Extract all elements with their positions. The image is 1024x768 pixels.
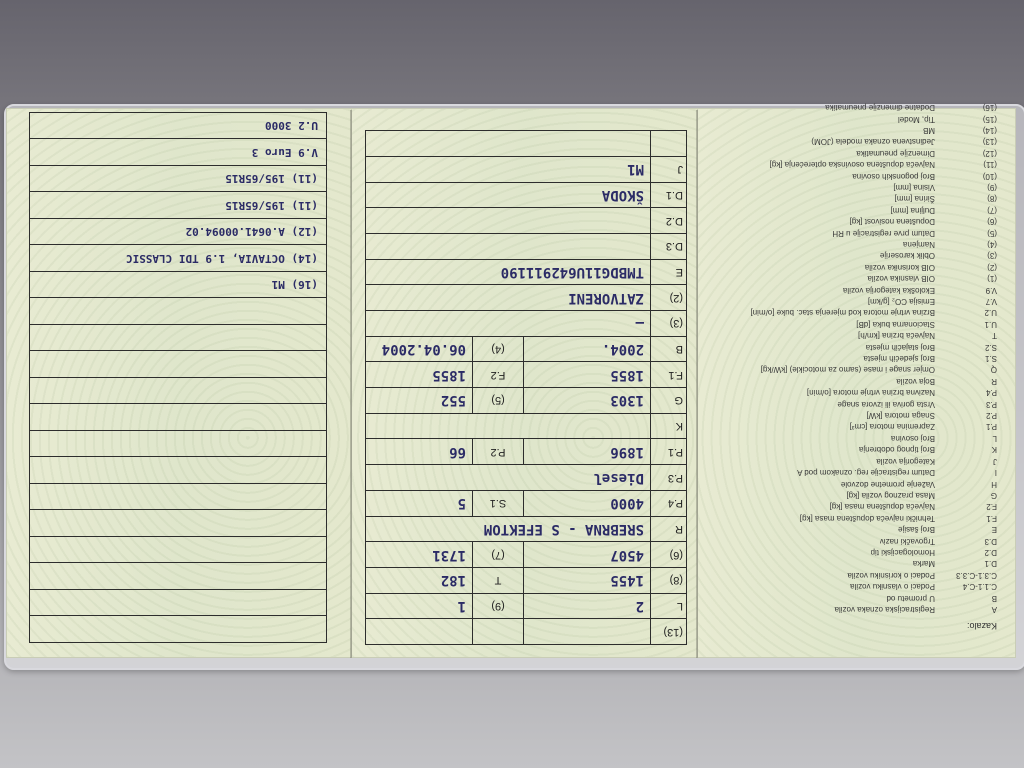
field-value: Diesel <box>366 465 650 490</box>
legend-code: A <box>935 604 997 615</box>
grid-row: JM1 <box>366 156 686 182</box>
legend-label: Duljina [mm] <box>891 204 935 215</box>
ruled-row <box>30 351 326 378</box>
legend-code: (4) <box>935 239 997 250</box>
field-code: G <box>650 388 686 413</box>
field-value <box>524 619 650 644</box>
field-code: F.1 <box>650 362 686 387</box>
legend-code: (14) <box>935 125 997 136</box>
legend-code: (10) <box>935 170 997 181</box>
legend-code: Q <box>935 364 997 375</box>
legend-item: LBroj osovina <box>707 433 997 444</box>
field-code: P.3 <box>650 465 686 490</box>
legend-label: Datum registracije reg. oznakom pod A <box>797 467 935 478</box>
legend-item: P.3Vrsta goriva ili izvora snage <box>707 398 997 409</box>
ruled-row: (14) OCTAVIA, 1.9 TDI CLASSIC <box>30 245 326 272</box>
legend-code: J <box>935 455 997 466</box>
grid-row: L2(9)1 <box>366 593 686 619</box>
field-code: E <box>650 260 686 285</box>
field-value: M1 <box>366 157 650 182</box>
ruled-row <box>30 563 326 590</box>
data-grid-panel: (13)L2(9)1(8)1455T182(6)4507(7)1731RSREB… <box>350 108 698 658</box>
subfield-value: 182 <box>366 568 472 593</box>
field-value <box>366 414 650 439</box>
ruled-row: V.9 Euro 3 <box>30 139 326 166</box>
legend-code: P.1 <box>935 421 997 432</box>
legend-title: Kazalo: <box>967 621 997 631</box>
legend-label: Emisija CO₂ [g/km] <box>868 296 935 307</box>
field-code: D.2 <box>650 208 686 233</box>
subfield-value: 66 <box>366 440 472 465</box>
legend-label: Kategorija vozila <box>876 455 935 466</box>
legend-label: Važenje prometne dozvole <box>841 478 935 489</box>
legend-item: (7)Duljina [mm] <box>707 204 997 215</box>
legend-label: Broj sjedećih mjesta <box>863 353 935 364</box>
ruled-row: (11) 195/65R15 <box>30 165 326 192</box>
grid-row: P.44000S.15 <box>366 490 686 516</box>
legend-code: D.2 <box>935 547 997 558</box>
grid-row: D.2 <box>366 207 686 233</box>
legend-item: (6)Dopuštena nosivost [kg] <box>707 216 997 227</box>
ruled-row <box>30 324 326 351</box>
legend-label: Nazivna brzina vrtnje motora [o/min] <box>807 387 935 398</box>
legend-label: Stacionarna buka [dB] <box>856 318 935 329</box>
legend-label: Trgovački naziv <box>880 535 935 546</box>
legend-code: P.2 <box>935 410 997 421</box>
legend-label: Namjena <box>903 239 935 250</box>
grid-row <box>366 130 686 156</box>
data-grid: (13)L2(9)1(8)1455T182(6)4507(7)1731RSREB… <box>365 130 687 645</box>
subfield-value: 552 <box>366 388 472 413</box>
legend-code: G <box>935 490 997 501</box>
legend-item: (4)Namjena <box>707 239 997 250</box>
legend-item: EBroj šasije <box>707 524 997 535</box>
field-value: 2 <box>524 594 650 619</box>
registration-document: Kazalo: ARegistracijska oznaka vozilaBU … <box>8 110 1016 658</box>
legend-label: Zapremina motora [cm³] <box>850 421 935 432</box>
field-value: SREBRNA - S EFEKTOM <box>366 517 650 542</box>
subfield-code: (9) <box>472 594 524 619</box>
legend-item: IDatum registracije reg. oznakom pod A <box>707 467 997 478</box>
field-value <box>366 131 650 156</box>
legend-item: P.1Zapremina motora [cm³] <box>707 421 997 432</box>
legend-code: (7) <box>935 204 997 215</box>
subfield-code: T <box>472 568 524 593</box>
subfield-code <box>472 619 524 644</box>
grid-row: K <box>366 413 686 439</box>
legend-code: S.2 <box>935 341 997 352</box>
field-code <box>650 131 686 156</box>
legend-item: BU prometu od <box>707 592 997 603</box>
legend-label: Boja vozila <box>896 375 935 386</box>
field-code: D.3 <box>650 234 686 259</box>
subfield-value: 5 <box>366 491 472 516</box>
subfield-value <box>366 619 472 644</box>
field-value: ZATVORENI <box>366 285 650 310</box>
legend-item: (3)Oblik karoserije <box>707 250 997 261</box>
legend-code: V.9 <box>935 284 997 295</box>
legend-item: C.3.1-C.3.3Podaci o korisniku vozila <box>707 569 997 580</box>
field-value: 1455 <box>524 568 650 593</box>
legend-label: Marka <box>913 558 935 569</box>
legend-label: Tip, Model <box>898 113 935 124</box>
legend-label: OIB vlasnika vozila <box>867 273 935 284</box>
legend-code: (1) <box>935 273 997 284</box>
legend-label: Brzina vrtnje motora kod mjerenja stac. … <box>750 307 935 318</box>
field-code: B <box>650 337 686 362</box>
field-code: K <box>650 414 686 439</box>
field-value: 2004. <box>524 337 650 362</box>
grid-row: (8)1455T182 <box>366 567 686 593</box>
legend-item: V.7Emisija CO₂ [g/km] <box>707 296 997 307</box>
subfield-value: 1 <box>366 594 472 619</box>
legend-label: Homologacijski tip <box>871 547 935 558</box>
legend-label: Podaci o vlasniku vozila <box>850 581 935 592</box>
legend-code: (13) <box>935 136 997 147</box>
legend-list: ARegistracijska oznaka vozilaBU prometu … <box>707 102 997 615</box>
fold-line <box>696 110 698 658</box>
subfield-code: (5) <box>472 388 524 413</box>
legend-label: Dodatne dimenzije pneumatika <box>825 102 935 113</box>
legend-item: S.2Broj stajaćih mjesta <box>707 341 997 352</box>
legend-code: H <box>935 478 997 489</box>
field-value <box>366 208 650 233</box>
legend-code: B <box>935 592 997 603</box>
ruled-table: (16) M1(14) OCTAVIA, 1.9 TDI CLASSIC(12)… <box>29 112 327 643</box>
field-code: (13) <box>650 619 686 644</box>
legend-code: K <box>935 444 997 455</box>
legend-label: Tehnički najveća dopuštena masa [kg] <box>800 512 935 523</box>
legend-code: U.2 <box>935 307 997 318</box>
grid-row: G1303(5)552 <box>366 387 686 413</box>
legend-code: (16) <box>935 102 997 113</box>
legend-item: (14)MB <box>707 125 997 136</box>
legend-code: T <box>935 330 997 341</box>
legend-label: Najveća dopuštena osovinska opterećenja … <box>770 159 935 170</box>
legend-item: GMasa praznog vozila [kg] <box>707 490 997 501</box>
subfield-code: (4) <box>472 337 524 362</box>
legend-code: F.1 <box>935 512 997 523</box>
legend-label: Registracijska oznaka vozila <box>835 604 936 615</box>
legend-label: Snaga motora [kW] <box>867 410 935 421</box>
grid-row: F.11855F.21855 <box>366 361 686 387</box>
grid-row: (6)4507(7)1731 <box>366 541 686 567</box>
legend-panel: Kazalo: ARegistracijska oznaka vozilaBU … <box>696 108 1016 658</box>
legend-item: F.1Tehnički najveća dopuštena masa [kg] <box>707 512 997 523</box>
legend-label: Oblik karoserije <box>880 250 935 261</box>
legend-code: (9) <box>935 182 997 193</box>
legend-code: (2) <box>935 261 997 272</box>
ruled-row: (16) M1 <box>30 271 326 298</box>
ruled-row <box>30 510 326 537</box>
legend-code: (8) <box>935 193 997 204</box>
legend-label: Broj pogonskih osovina <box>852 170 935 181</box>
grid-row: (2)ZATVORENI <box>366 284 686 310</box>
legend-code: E <box>935 524 997 535</box>
grid-row: (3)– <box>366 310 686 336</box>
legend-item: (12)Dimenzije pneumatika <box>707 147 997 158</box>
ruled-row <box>30 377 326 404</box>
legend-code: P.3 <box>935 398 997 409</box>
legend-item: S.1Broj sjedećih mjesta <box>707 353 997 364</box>
legend-item: JKategorija vozila <box>707 455 997 466</box>
legend-code: (12) <box>935 147 997 158</box>
legend-label: Datum prve registracije u RH <box>832 227 935 238</box>
legend-label: Broj stajaćih mjesta <box>866 341 935 352</box>
legend-code: D.1 <box>935 558 997 569</box>
legend-code: (15) <box>935 113 997 124</box>
field-code: R <box>650 517 686 542</box>
legend-item: (13)Jedinstvena oznaka modela (JOM) <box>707 136 997 147</box>
legend-label: Dopuštena nosivost [kg] <box>850 216 935 227</box>
ruled-row: U.2 3000 <box>30 112 326 139</box>
legend-item: F.2Najveća dopuštena masa [kg] <box>707 501 997 512</box>
legend-code: (6) <box>935 216 997 227</box>
field-code: P.4 <box>650 491 686 516</box>
field-value: – <box>366 311 650 336</box>
legend-code: R <box>935 375 997 386</box>
ruled-row: (12) A.0641.00094.02 <box>30 218 326 245</box>
legend-label: Najveća dopuštena masa [kg] <box>830 501 935 512</box>
legend-label: Ekološka kategorija vozila <box>843 284 935 295</box>
legend-label: Vrsta goriva ili izvora snage <box>837 398 935 409</box>
legend-code: (5) <box>935 227 997 238</box>
legend-code: U.1 <box>935 318 997 329</box>
field-code: P.1 <box>650 440 686 465</box>
legend-item: V.9Ekološka kategorija vozila <box>707 284 997 295</box>
ruled-row <box>30 457 326 484</box>
legend-item: (16)Dodatne dimenzije pneumatika <box>707 102 997 113</box>
ruled-row <box>30 430 326 457</box>
legend-label: Najveća brzina [km/h] <box>858 330 935 341</box>
field-value: 1303 <box>524 388 650 413</box>
field-value: 1855 <box>524 362 650 387</box>
field-code: L <box>650 594 686 619</box>
legend-label: Dimenzije pneumatika <box>856 147 935 158</box>
legend-item: ARegistracijska oznaka vozila <box>707 604 997 615</box>
ruled-row <box>30 483 326 510</box>
grid-row: D.3 <box>366 233 686 259</box>
field-value <box>366 234 650 259</box>
legend-item: U.1Stacionarna buka [dB] <box>707 318 997 329</box>
legend-item: (1)OIB vlasnika vozila <box>707 273 997 284</box>
legend-code: C.3.1-C.3.3 <box>935 569 997 580</box>
legend-code: C.1.1-C.4 <box>935 581 997 592</box>
grid-row: RSREBRNA - S EFEKTOM <box>366 516 686 542</box>
ruled-row <box>30 616 326 643</box>
legend-code: S.1 <box>935 353 997 364</box>
legend-item: (9)Visina [mm] <box>707 182 997 193</box>
legend-label: Masa praznog vozila [kg] <box>847 490 936 501</box>
legend-item: (8)Širina [mm] <box>707 193 997 204</box>
legend-label: Broj osovina <box>891 433 935 444</box>
field-code: (2) <box>650 285 686 310</box>
fold-line <box>350 110 352 658</box>
legend-item: RBoja vozila <box>707 375 997 386</box>
grid-row: D.1ŠKODA <box>366 182 686 208</box>
legend-item: QOmjer snage i mase (samo za motocikle) … <box>707 364 997 375</box>
grid-row: B2004.(4)06.04.2004 <box>366 336 686 362</box>
legend-item: D.1Marka <box>707 558 997 569</box>
subfield-value: 1855 <box>366 362 472 387</box>
field-value: TMBDG11U642911190 <box>366 260 650 285</box>
ruled-row: (11) 195/65R15 <box>30 192 326 219</box>
legend-item: C.1.1-C.4Podaci o vlasniku vozila <box>707 581 997 592</box>
ruled-row <box>30 589 326 616</box>
field-value: 4507 <box>524 542 650 567</box>
field-code: D.1 <box>650 183 686 208</box>
legend-label: Širina [mm] <box>895 193 935 204</box>
legend-item: (5)Datum prve registracije u RH <box>707 227 997 238</box>
legend-label: Broj tipnog odobrenja <box>859 444 935 455</box>
legend-code: D.3 <box>935 535 997 546</box>
legend-item: (2)OIB korisnika vozila <box>707 261 997 272</box>
field-code: (8) <box>650 568 686 593</box>
subfield-code: (7) <box>472 542 524 567</box>
legend-item: P.4Nazivna brzina vrtnje motora [o/min] <box>707 387 997 398</box>
subfield-code: P.2 <box>472 440 524 465</box>
legend-code: P.4 <box>935 387 997 398</box>
legend-item: P.2Snaga motora [kW] <box>707 410 997 421</box>
field-value: 1896 <box>524 440 650 465</box>
legend-item: U.2Brzina vrtnje motora kod mjerenja sta… <box>707 307 997 318</box>
field-code: (3) <box>650 311 686 336</box>
legend-code: (3) <box>935 250 997 261</box>
legend-code: (11) <box>935 159 997 170</box>
legend-label: Omjer snage i mase (samo za motocikle) [… <box>761 364 935 375</box>
legend-label: OIB korisnika vozila <box>865 261 935 272</box>
legend-item: D.3Trgovački naziv <box>707 535 997 546</box>
legend-label: Podaci o korisniku vozila <box>847 569 935 580</box>
legend-item: D.2Homologacijski tip <box>707 547 997 558</box>
ruled-row <box>30 536 326 563</box>
field-code: (6) <box>650 542 686 567</box>
ruled-row <box>30 298 326 325</box>
legend-item: HVaženje prometne dozvole <box>707 478 997 489</box>
legend-item: TNajveća brzina [km/h] <box>707 330 997 341</box>
legend-code: F.2 <box>935 501 997 512</box>
legend-label: Jedinstvena oznaka modela (JOM) <box>811 136 935 147</box>
legend-item: KBroj tipnog odobrenja <box>707 444 997 455</box>
extra-data-panel: (16) M1(14) OCTAVIA, 1.9 TDI CLASSIC(12)… <box>6 108 352 658</box>
legend-label: U prometu od <box>887 592 935 603</box>
legend-label: Broj šasije <box>898 524 935 535</box>
legend-item: (11)Najveća dopuštena osovinska optereće… <box>707 159 997 170</box>
subfield-code: F.2 <box>472 362 524 387</box>
grid-row: P.3Diesel <box>366 464 686 490</box>
field-value: ŠKODA <box>366 183 650 208</box>
subfield-value: 1731 <box>366 542 472 567</box>
field-value: 4000 <box>524 491 650 516</box>
subfield-value: 06.04.2004 <box>366 337 472 362</box>
grid-row: (13) <box>366 618 686 644</box>
grid-row: P.11896P.266 <box>366 439 686 465</box>
field-code: J <box>650 157 686 182</box>
legend-item: (15)Tip, Model <box>707 113 997 124</box>
legend-label: Visina [mm] <box>893 182 935 193</box>
legend-item: (10)Broj pogonskih osovina <box>707 170 997 181</box>
grid-row: ETMBDG11U642911190 <box>366 259 686 285</box>
legend-code: V.7 <box>935 296 997 307</box>
legend-code: I <box>935 467 997 478</box>
ruled-row <box>30 404 326 431</box>
legend-label: MB <box>923 125 935 136</box>
subfield-code: S.1 <box>472 491 524 516</box>
legend-code: L <box>935 433 997 444</box>
